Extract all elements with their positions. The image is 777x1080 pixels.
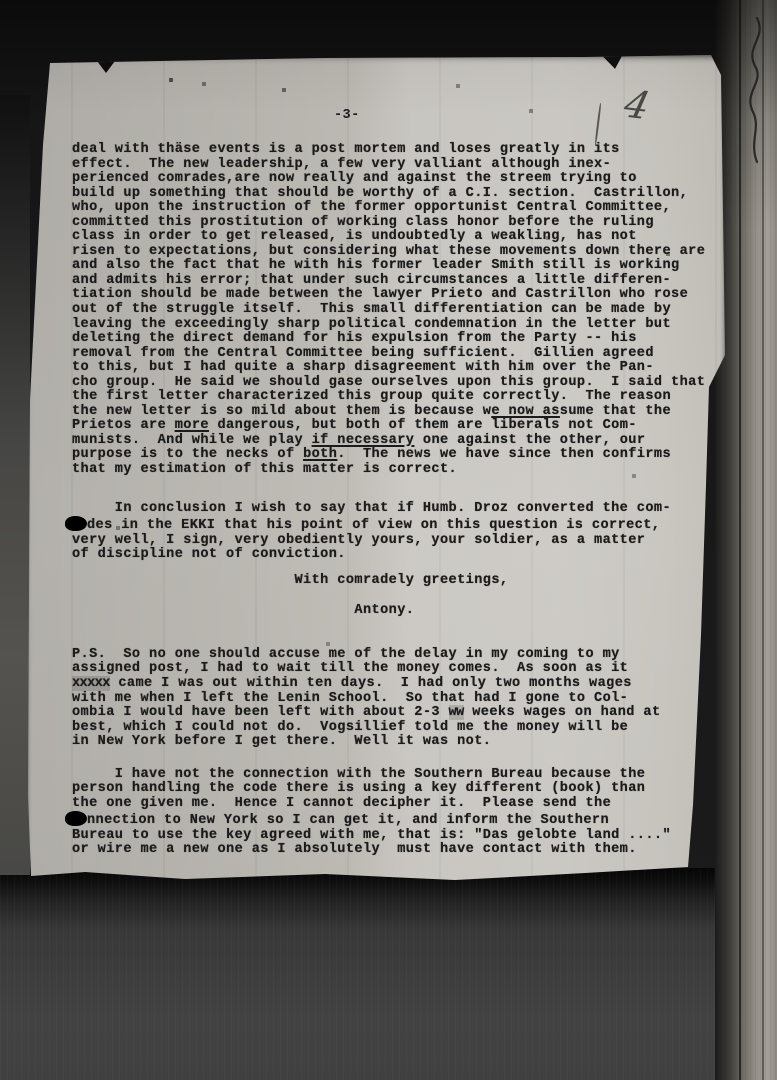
text-line: P.S. So no one should accuse me of the d…	[72, 648, 724, 663]
text-segment: nnection to New York so I can get it, an…	[87, 813, 609, 828]
text-segment: deal with thäse events is a post mortem …	[72, 142, 620, 157]
letter-body: deal with thäse events is a post mortem …	[72, 143, 724, 858]
torn-notch	[602, 53, 626, 71]
text-line: the first letter characterized this grou…	[72, 390, 724, 405]
text-segment: deleting the direct demand for his expul…	[72, 331, 637, 346]
text-line: of discipline not of conviction.	[72, 548, 724, 563]
text-line: Antony.	[72, 604, 724, 619]
text-line: removal from the Central Committee being…	[72, 347, 724, 362]
text-segment: ombia I would have been left with about …	[72, 705, 449, 720]
text-segment: With comradely greetings,	[72, 573, 508, 588]
text-line: With comradely greetings,	[72, 574, 724, 589]
text-segment: tiation should be made between the lawye…	[72, 287, 688, 302]
text-line: ombia I would have been left with about …	[72, 706, 724, 721]
text-segment: perienced comrades,are now really and ag…	[72, 171, 637, 186]
text-segment: that my estimation of this matter is cor…	[72, 462, 457, 477]
text-segment: build up something that should be worthy…	[72, 186, 688, 201]
paper-sheet: 4 -3- deal with thäse events is a post m…	[25, 55, 725, 890]
text-segment: weeks wages on hand at	[464, 705, 661, 720]
text-line: class in order to get released, is undou…	[72, 230, 724, 245]
backdrop-left-strip	[0, 95, 30, 875]
text-line: I have not the connection with the South…	[72, 768, 724, 783]
text-segment: out of the struggle itself. This small d…	[72, 302, 671, 317]
text-segment: In conclusion I wish to say that if Humb…	[72, 501, 671, 516]
text-line: that my estimation of this matter is cor…	[72, 463, 724, 478]
text-line: leaving the exceedingly sharp political …	[72, 318, 724, 333]
text-segment: Bureau to use the key agreed with me, th…	[72, 828, 671, 843]
text-line: Prietos are more dangerous, but both of …	[72, 419, 724, 434]
text-line: tiation should be made between the lawye…	[72, 288, 724, 303]
paragraph-body-continuation: deal with thäse events is a post mortem …	[72, 143, 724, 478]
text-line: person handling the code there is using …	[72, 782, 724, 797]
text-segment: if necessary	[312, 433, 415, 448]
paragraph-postscript-2: I have not the connection with the South…	[72, 768, 724, 858]
text-line: best, which I could not do. Vogsillief t…	[72, 721, 724, 736]
text-line: or wire me a new one as I absolutely mus…	[72, 843, 724, 858]
text-segment: assigned post, I had to wait till the mo…	[72, 661, 628, 676]
text-line: build up something that should be worthy…	[72, 187, 724, 202]
text-segment: removal from the Central Committee being…	[72, 346, 654, 361]
text-line: munists. And while we play if necessary …	[72, 434, 724, 449]
text-line: nnection to New York so I can get it, an…	[72, 811, 724, 829]
text-line: cho group. He said we should gase oursel…	[72, 376, 724, 391]
text-segment: Prietos are	[72, 418, 175, 433]
text-segment: best, which I could not do. Vogsillief t…	[72, 720, 628, 735]
text-segment: the one given me. Hence I cannot deciphe…	[72, 796, 611, 811]
paragraph-conclusion: In conclusion I wish to say that if Humb…	[72, 502, 724, 563]
text-segment: assume that the	[534, 404, 671, 419]
text-line: perienced comrades,are now really and ag…	[72, 172, 724, 187]
text-line: deleting the direct demand for his expul…	[72, 332, 724, 347]
text-line: des in the EKKI that his point of view o…	[72, 516, 724, 534]
text-segment: risen to expectations, but considering w…	[72, 244, 705, 259]
text-segment: or wire me a new one as I absolutely mus…	[72, 842, 637, 857]
text-segment: the new letter is so mild about them is …	[72, 404, 508, 419]
text-segment: xxxxx	[72, 676, 110, 691]
paragraph-closing-salutation: With comradely greetings,	[72, 574, 724, 589]
handwritten-page-annotation: 4	[620, 82, 654, 128]
text-segment: came I was out within ten days. I had on…	[110, 676, 632, 691]
text-segment: the first letter characterized this grou…	[72, 389, 671, 404]
scratch-squiggle-icon	[741, 16, 771, 171]
text-line: who, upon the instruction of the former …	[72, 201, 724, 216]
page-number: -3-	[334, 108, 360, 123]
ink-blot-icon	[65, 516, 87, 531]
text-line: risen to expectations, but considering w…	[72, 245, 724, 260]
text-segment: now	[508, 404, 534, 419]
text-line: assigned post, I had to wait till the mo…	[72, 662, 724, 677]
text-segment: Antony.	[72, 603, 414, 618]
text-segment: person handling the code there is using …	[72, 781, 645, 796]
text-segment: and also the fact that he with his forme…	[72, 258, 680, 273]
text-segment: des in the EKKI that his point of view o…	[87, 518, 660, 533]
backdrop-right-strip	[715, 0, 777, 1080]
text-line: purpose is to the necks of both. The new…	[72, 448, 724, 463]
text-segment: not Com-	[560, 418, 637, 433]
paragraph-postscript: P.S. So no one should accuse me of the d…	[72, 648, 724, 750]
text-segment: both	[303, 447, 337, 462]
torn-notch	[91, 53, 121, 73]
text-segment: purpose is to the necks of	[72, 447, 303, 462]
text-segment: effect. The new leadership, a few very v…	[72, 157, 611, 172]
text-segment: class in order to get released, is undou…	[72, 229, 637, 244]
text-segment: one against the other, our	[414, 433, 645, 448]
text-segment: P.S. So no one should accuse me of the d…	[72, 647, 620, 662]
text-segment: with me when I left the Lenin School. So…	[72, 691, 628, 706]
pen-stroke-mark	[594, 103, 601, 145]
text-line: very well, I sign, very obediently yours…	[72, 534, 724, 549]
text-line: with me when I left the Lenin School. So…	[72, 692, 724, 707]
ink-blot-icon	[65, 811, 87, 826]
text-segment: munists. And while we play	[72, 433, 312, 448]
text-segment: cho group. He said we should gase oursel…	[72, 375, 705, 390]
text-line: effect. The new leadership, a few very v…	[72, 158, 724, 173]
text-line: xxxxx came I was out within ten days. I …	[72, 677, 724, 692]
text-line: in New York before I get there. Well it …	[72, 735, 724, 750]
text-segment: more	[175, 418, 209, 433]
text-segment: to this, but I had quite a sharp disagre…	[72, 360, 654, 375]
text-segment: . The news we have since then confirms	[337, 447, 671, 462]
text-line: out of the struggle itself. This small d…	[72, 303, 724, 318]
paragraph-signature: Antony.	[72, 604, 724, 619]
text-segment: dangerous, but both of them are	[209, 418, 491, 433]
text-line: to this, but I had quite a sharp disagre…	[72, 361, 724, 376]
text-line: and admits his error; that under such ci…	[72, 274, 724, 289]
text-line: the one given me. Hence I cannot deciphe…	[72, 797, 724, 812]
scanned-letter-page: 4 -3- deal with thäse events is a post m…	[0, 0, 777, 1080]
text-line: committed this prostitution of working c…	[72, 216, 724, 231]
text-segment: and admits his error; that under such ci…	[72, 273, 671, 288]
text-segment: who, upon the instruction of the former …	[72, 200, 671, 215]
text-segment: committed this prostitution of working c…	[72, 215, 654, 230]
text-segment: liberals	[491, 418, 559, 433]
text-line: In conclusion I wish to say that if Humb…	[72, 502, 724, 517]
text-segment: in New York before I get there. Well it …	[72, 734, 491, 749]
text-segment: ww	[449, 705, 464, 720]
backdrop-bottom	[0, 868, 777, 1080]
text-segment: very well, I sign, very obediently yours…	[72, 533, 645, 548]
paper-specks	[25, 55, 27, 57]
text-segment: of discipline not of conviction.	[72, 547, 346, 562]
text-segment: I have not the connection with the South…	[72, 767, 645, 782]
text-segment: leaving the exceedingly sharp political …	[72, 317, 671, 332]
text-line: Bureau to use the key agreed with me, th…	[72, 829, 724, 844]
text-line: deal with thäse events is a post mortem …	[72, 143, 724, 158]
text-line: and also the fact that he with his forme…	[72, 259, 724, 274]
